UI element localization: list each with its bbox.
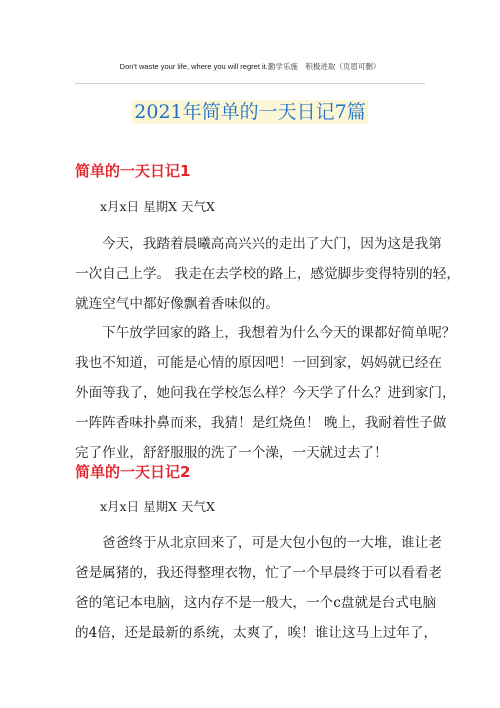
header-motto-cn: 勤学乐施 积极进取（页眉可删） — [268, 62, 381, 71]
header-motto-en: Don't waste your life, where you will re… — [120, 62, 268, 71]
page-header: Don't waste your life, where you will re… — [75, 61, 425, 72]
paragraph-line: 一阵阵香味扑鼻而来，我猜！是红烧鱼！ 晚上，我耐着性子做 — [75, 408, 427, 438]
paragraph-line: 外面等我了，她问我在学校怎么样？今天学了什么？进到家门， — [75, 378, 427, 408]
paragraph-line: 一次自己上学。 我走在去学校的路上，感觉脚步变得特别的轻， — [75, 259, 427, 289]
paragraph-line: 下午放学回家的路上，我想着为什么今天的课都好简单呢？ — [75, 318, 427, 348]
section-heading-1: 简单的一天日记1 — [75, 160, 190, 182]
paragraph-line: 今天，我踏着晨曦高高兴兴的走出了大门，因为这是我第 — [75, 229, 427, 259]
paragraph-line: 爸爸终于从北京回来了，可是大包小包的一大堆，谁让老 — [75, 528, 427, 558]
paragraph-line: 爸的笔记本电脑，这内存不是一般大，一个c盘就是台式电脑 — [75, 588, 427, 618]
paragraph-line: 就连空气中都好像飘着香味似的。 — [75, 289, 427, 319]
section-2-date-line: x月x日 星期X 天气X — [100, 497, 215, 517]
section-1-paragraph-2: 下午放学回家的路上，我想着为什么今天的课都好简单呢？ 我也不知道，可能是心情的原… — [75, 318, 427, 468]
section-1-paragraph-1: 今天，我踏着晨曦高高兴兴的走出了大门，因为这是我第 一次自己上学。 我走在去学校… — [75, 229, 427, 319]
section-1-date-line: x月x日 星期X 天气X — [100, 197, 215, 217]
document-title: 2021年简单的一天日记7篇 — [0, 98, 500, 126]
section-2-paragraph-1: 爸爸终于从北京回来了，可是大包小包的一大堆，谁让老 爸是属猪的，我还得整理衣物，… — [75, 528, 427, 648]
section-heading-2: 简单的一天日记2 — [75, 461, 190, 483]
paragraph-line: 我也不知道，可能是心情的原因吧！一回到家，妈妈就已经在 — [75, 348, 427, 378]
document-title-text: 2021年简单的一天日记7篇 — [132, 100, 367, 124]
header-divider — [75, 83, 425, 84]
paragraph-line: 的4倍，还是最新的系统，太爽了，唉！谁让这马上过年了， — [75, 618, 427, 648]
paragraph-line: 爸是属猪的，我还得整理衣物，忙了一个早晨终于可以看看老 — [75, 558, 427, 588]
